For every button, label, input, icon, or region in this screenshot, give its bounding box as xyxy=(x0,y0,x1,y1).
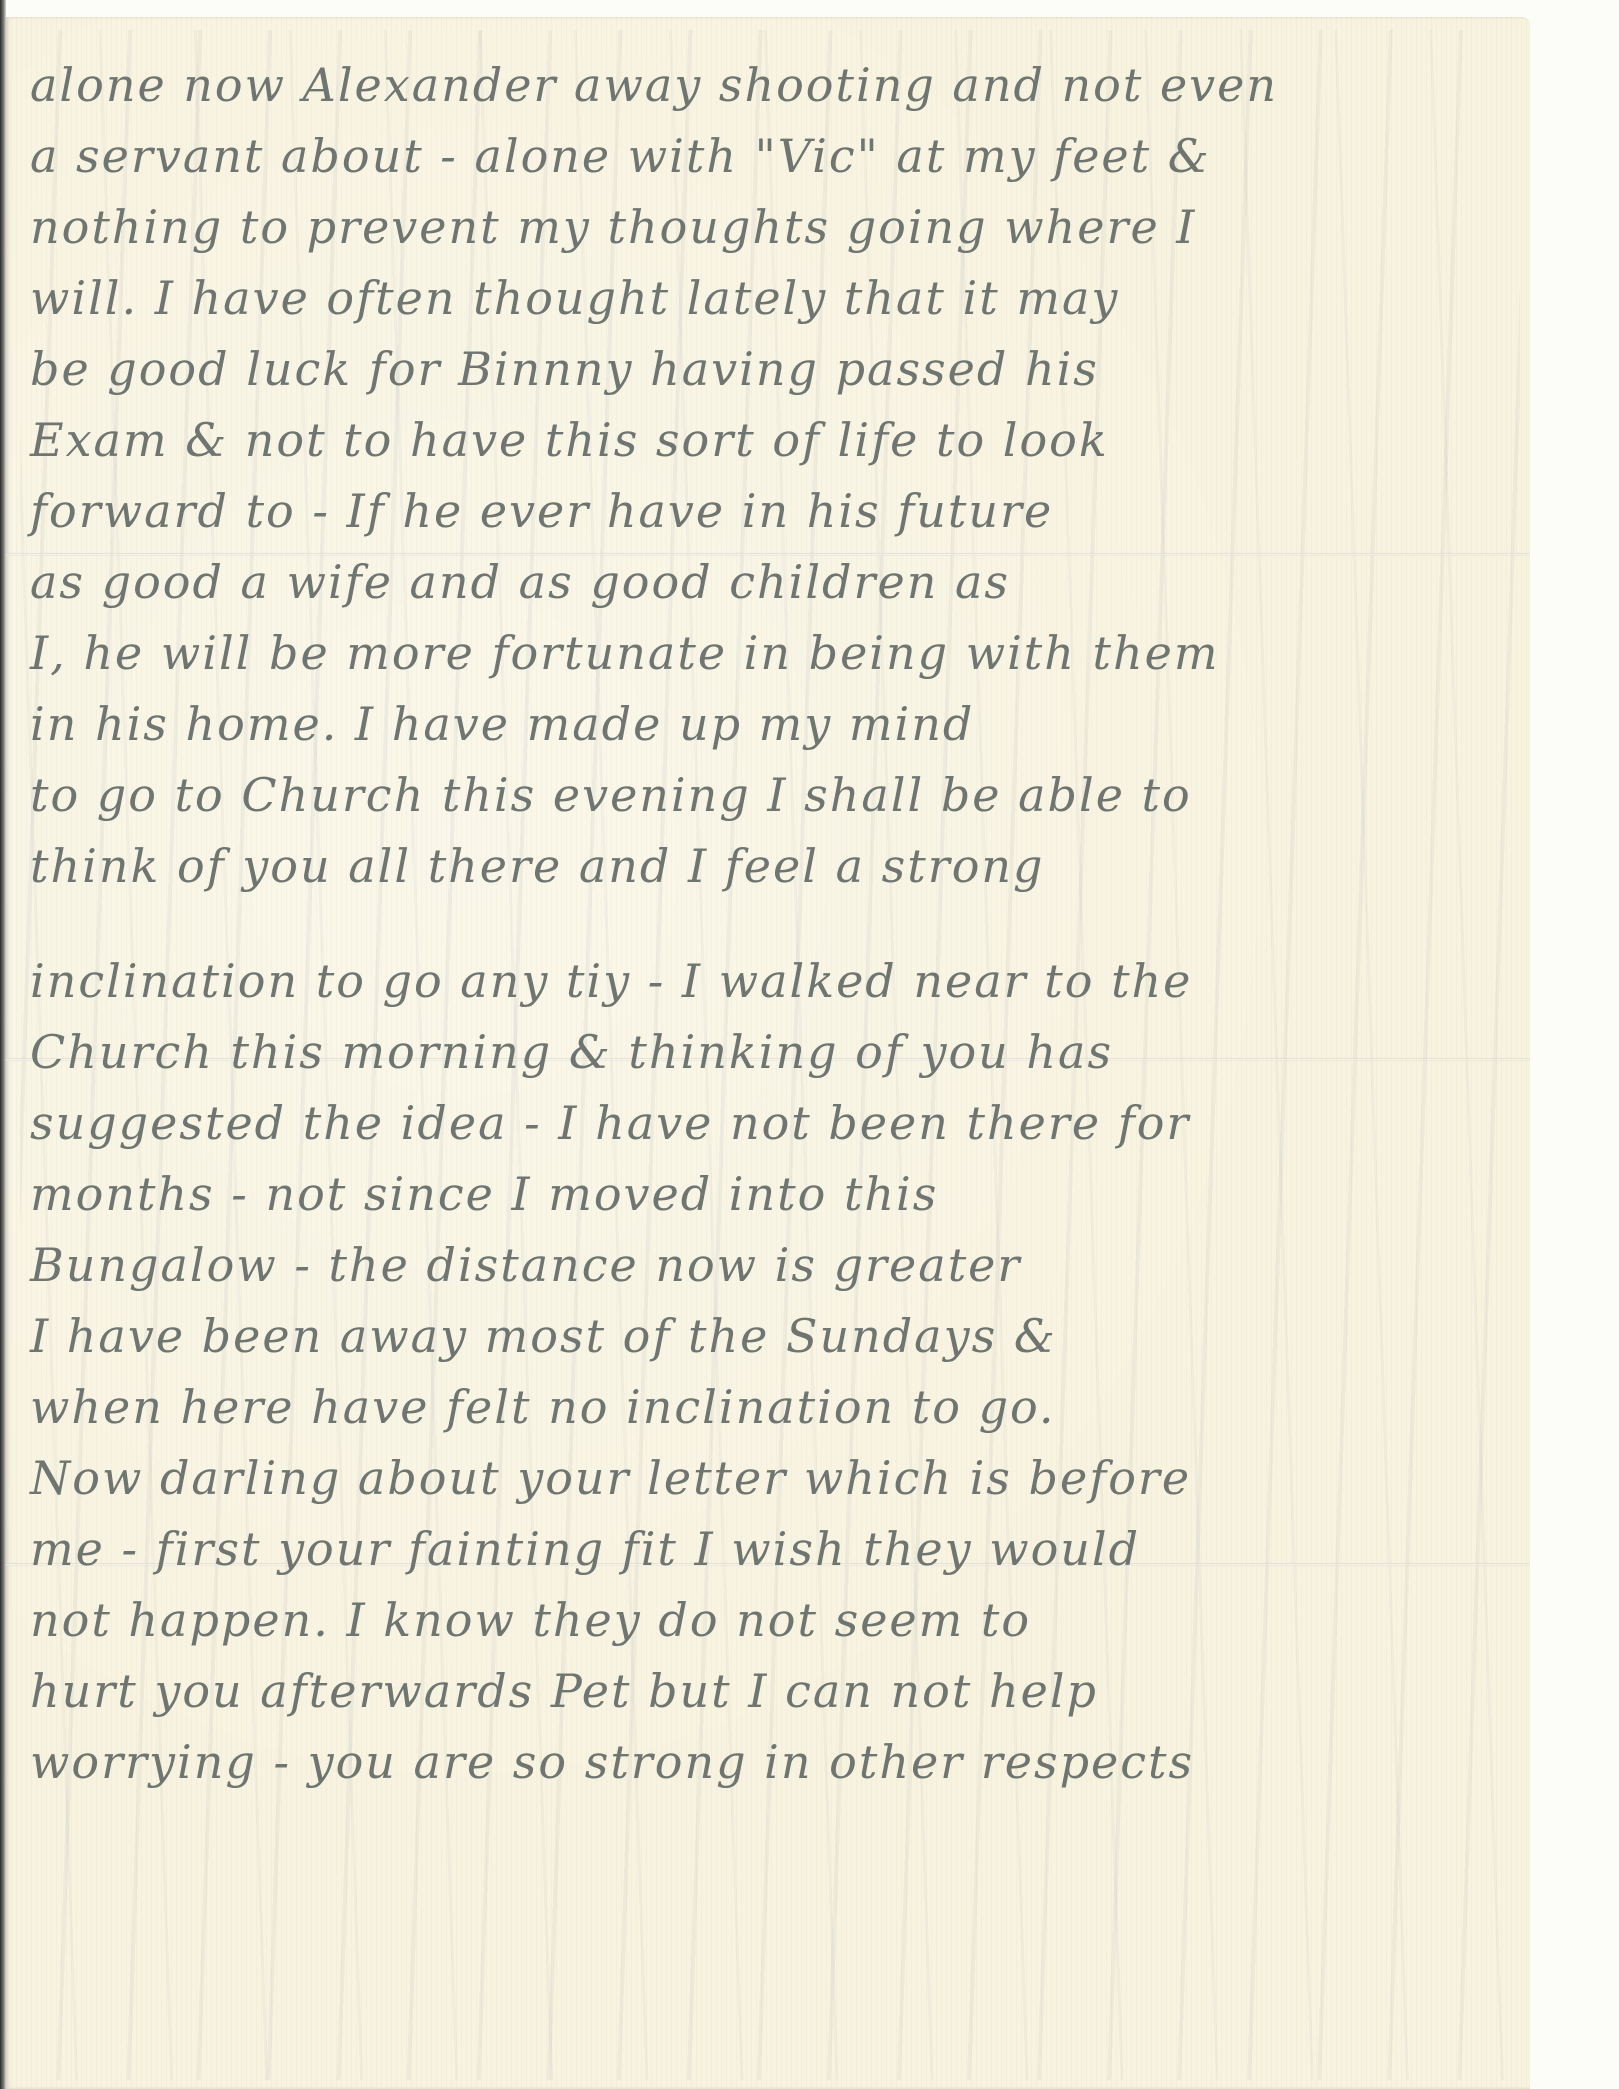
letter-line: Bungalow - the distance now is greater xyxy=(30,1230,1520,1301)
letter-line: I, he will be more fortunate in being wi… xyxy=(30,618,1520,689)
letter-line: as good a wife and as good children as xyxy=(30,547,1520,618)
letter-line: nothing to prevent my thoughts going whe… xyxy=(30,192,1520,263)
letter-line: Church this morning & thinking of you ha… xyxy=(30,1017,1520,1088)
letter-line: think of you all there and I feel a stro… xyxy=(30,831,1520,902)
letter-line: not happen. I know they do not seem to xyxy=(30,1585,1520,1656)
letter-line: will. I have often thought lately that i… xyxy=(30,263,1520,334)
letter-line: alone now Alexander away shooting and no… xyxy=(30,50,1520,121)
letter-line: when here have felt no inclination to go… xyxy=(30,1372,1520,1443)
letter-body: alone now Alexander away shooting and no… xyxy=(30,50,1520,1798)
letter-line: hurt you afterwards Pet but I can not he… xyxy=(30,1656,1520,1727)
letter-line: Now darling about your letter which is b… xyxy=(30,1443,1520,1514)
letter-line: Exam & not to have this sort of life to … xyxy=(30,405,1520,476)
letter-line: me - first your fainting fit I wish they… xyxy=(30,1514,1520,1585)
letter-line: to go to Church this evening I shall be … xyxy=(30,760,1520,831)
letter-line: in his home. I have made up my mind xyxy=(30,689,1520,760)
letter-line: be good luck for Binnny having passed hi… xyxy=(30,334,1520,405)
letter-line: forward to - If he ever have in his futu… xyxy=(30,476,1520,547)
letter-line: suggested the idea - I have not been the… xyxy=(30,1088,1520,1159)
letter-line: a servant about - alone with "Vic" at my… xyxy=(30,121,1520,192)
letter-line: inclination to go any tiy - I walked nea… xyxy=(30,946,1520,1017)
letter-line: months - not since I moved into this xyxy=(30,1159,1520,1230)
letter-line: I have been away most of the Sundays & xyxy=(30,1301,1520,1372)
letter-line: worrying - you are so strong in other re… xyxy=(30,1727,1520,1798)
